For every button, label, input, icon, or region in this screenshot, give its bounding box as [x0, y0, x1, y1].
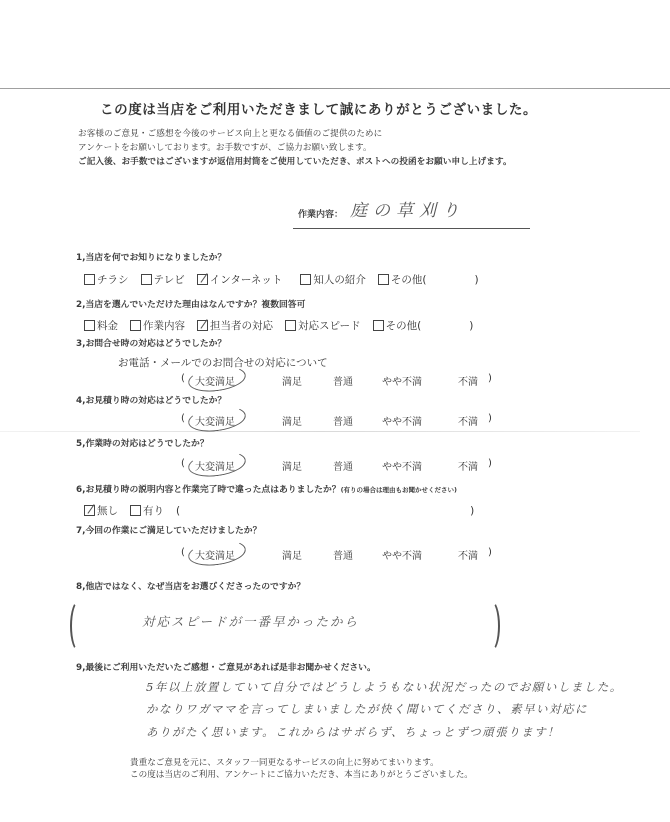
intro-line-2: アンケートをお願いしております。お手数ですが、ご協力お願い致します。 — [78, 141, 372, 153]
q6-open-paren: ( — [176, 505, 180, 517]
q2-option-response-speed[interactable]: 対応スピード — [285, 318, 361, 333]
rating-dissatisfied[interactable]: 不満 — [458, 547, 478, 562]
intro-line-3: ご記入後、お手数ではございますが返信用封筒をご使用していただき、ポストへの投函を… — [78, 155, 512, 167]
rating-somewhat-dissatisfied[interactable]: やや不満 — [382, 413, 422, 428]
rating-somewhat-dissatisfied[interactable]: やや不満 — [382, 373, 422, 388]
left-bracket — [70, 600, 88, 652]
intro-line-1: お客様のご意見・ご感想を今後のサービス向上と更なる価値のご提供のために — [78, 127, 382, 139]
q1-option-other[interactable]: その他( — [378, 272, 427, 287]
question-6-note: (有りの場合は理由もお聞かせください) — [341, 486, 457, 494]
rating-somewhat-dissatisfied[interactable]: やや不満 — [382, 547, 422, 562]
q6-option-none[interactable]: 無し — [84, 503, 118, 518]
q2-option-price[interactable]: 料金 — [84, 318, 118, 333]
q6-close-paren: ) — [470, 505, 474, 517]
checkbox-icon[interactable] — [373, 320, 384, 331]
survey-title: この度は当店をご利用いただきまして誠にありがとうございました。 — [100, 98, 537, 118]
q5-rating: ( 大変満足 満足 普通 やや不満 不満 ) — [0, 458, 670, 474]
paper-fold-line — [0, 431, 640, 432]
checkbox-icon[interactable] — [130, 320, 141, 331]
right-bracket — [482, 600, 500, 652]
rating-satisfied[interactable]: 満足 — [282, 458, 302, 473]
q4-rating: ( 大変満足 満足 普通 やや不満 不満 ) — [0, 413, 670, 429]
rating-dissatisfied[interactable]: 不満 — [458, 458, 478, 473]
q7-rating: ( 大変満足 満足 普通 やや不満 不満 ) — [0, 547, 670, 563]
selection-circle — [187, 537, 248, 569]
work-content-value[interactable]: 庭の草刈り — [350, 196, 465, 221]
selection-circle — [187, 448, 248, 480]
footer-line-1: 貴重なご意見を元に、スタッフ一同更なるサービスの向上に努めてまいります。 — [130, 756, 439, 768]
question-1: 1,当店を何でお知りになりましたか？ — [76, 250, 226, 263]
checkbox-checked-icon[interactable] — [197, 274, 208, 285]
rating-satisfied[interactable]: 満足 — [282, 413, 302, 428]
q9-answer-line-1: 5年以上放置していて自分ではどうしようもない状況だったのでお願いしました。 — [146, 679, 623, 695]
checkbox-icon[interactable] — [84, 274, 95, 285]
checkbox-checked-icon[interactable] — [84, 505, 95, 516]
q2-option-staff-response[interactable]: 担当者の対応 — [197, 318, 273, 333]
question-7: 7,今回の作業にご満足していただけましたか？ — [76, 523, 261, 536]
rating-dissatisfied[interactable]: 不満 — [458, 373, 478, 388]
rating-somewhat-dissatisfied[interactable]: やや不満 — [382, 458, 422, 473]
rating-satisfied[interactable]: 満足 — [282, 373, 302, 388]
q1-option-flyer[interactable]: チラシ — [84, 272, 129, 287]
question-3: 3,お問合せ時の対応はどうでしたか？ — [76, 336, 226, 349]
checkbox-icon[interactable] — [378, 274, 389, 285]
rating-neutral[interactable]: 普通 — [333, 413, 353, 428]
q1-option-internet[interactable]: インターネット — [197, 272, 283, 287]
question-8: 8,他店ではなく、なぜ当店をお選びくださったのですか？ — [76, 579, 305, 592]
q1-other-close-paren: ) — [474, 274, 478, 286]
question-5: 5,作業時の対応はどうでしたか？ — [76, 436, 209, 449]
q1-option-tv[interactable]: テレビ — [141, 272, 185, 287]
work-content-label: 作業内容： — [298, 207, 343, 220]
q2-options: 料金 作業内容 担当者の対応 対応スピード その他( ) — [84, 318, 473, 333]
q2-option-other[interactable]: その他( — [373, 318, 422, 333]
scan-edge-line — [0, 88, 670, 89]
q6-options: 無し 有り ( ) — [84, 503, 474, 518]
work-content-underline — [293, 228, 530, 229]
rating-dissatisfied[interactable]: 不満 — [458, 413, 478, 428]
rating-neutral[interactable]: 普通 — [333, 547, 353, 562]
q2-other-close-paren: ) — [469, 320, 473, 332]
q9-answer-line-2: かなりワガママを言ってしまいましたが快く聞いてくださり、素早い対応に — [146, 701, 588, 717]
q8-answer-box[interactable]: 対応スピードが一番早かったから — [70, 600, 500, 650]
question-9: 9,最後にご利用いただいたご感想・ご意見があれば是非お聞かせください。 — [76, 660, 376, 673]
question-4: 4,お見積り時の対応はどうでしたか？ — [76, 393, 226, 406]
rating-neutral[interactable]: 普通 — [333, 458, 353, 473]
q1-option-referral[interactable]: 知人の紹介 — [300, 272, 366, 287]
q1-options: チラシ テレビ インターネット 知人の紹介 その他( ) — [84, 272, 479, 287]
checkbox-icon[interactable] — [141, 274, 152, 285]
checkbox-checked-icon[interactable] — [197, 320, 208, 331]
q8-answer-text: 対応スピードが一番早かったから — [142, 612, 359, 630]
q2-option-work-content[interactable]: 作業内容 — [130, 318, 185, 333]
question-2: 2,当店を選んでいただけた理由はなんですか？複数回答可 — [76, 297, 305, 310]
rating-neutral[interactable]: 普通 — [333, 373, 353, 388]
checkbox-icon[interactable] — [300, 274, 311, 285]
question-6: 6,お見積り時の説明内容と作業完了時で違った点はありましたか？(有りの場合は理由… — [76, 482, 457, 495]
checkbox-icon[interactable] — [84, 320, 95, 331]
checkbox-icon[interactable] — [130, 505, 141, 516]
q9-answer-line-3: ありがたく思います。これからはサボらず、ちょっとずつ頑張ります！ — [146, 724, 560, 740]
checkbox-icon[interactable] — [285, 320, 296, 331]
q3-rating: ( 大変満足 満足 普通 やや不満 不満 ) — [0, 373, 670, 389]
footer-line-2: この度は当店のご利用、アンケートにご協力いただき、本当にありがとうございました。 — [130, 768, 473, 780]
q6-option-yes[interactable]: 有り — [130, 503, 164, 518]
rating-satisfied[interactable]: 満足 — [282, 547, 302, 562]
